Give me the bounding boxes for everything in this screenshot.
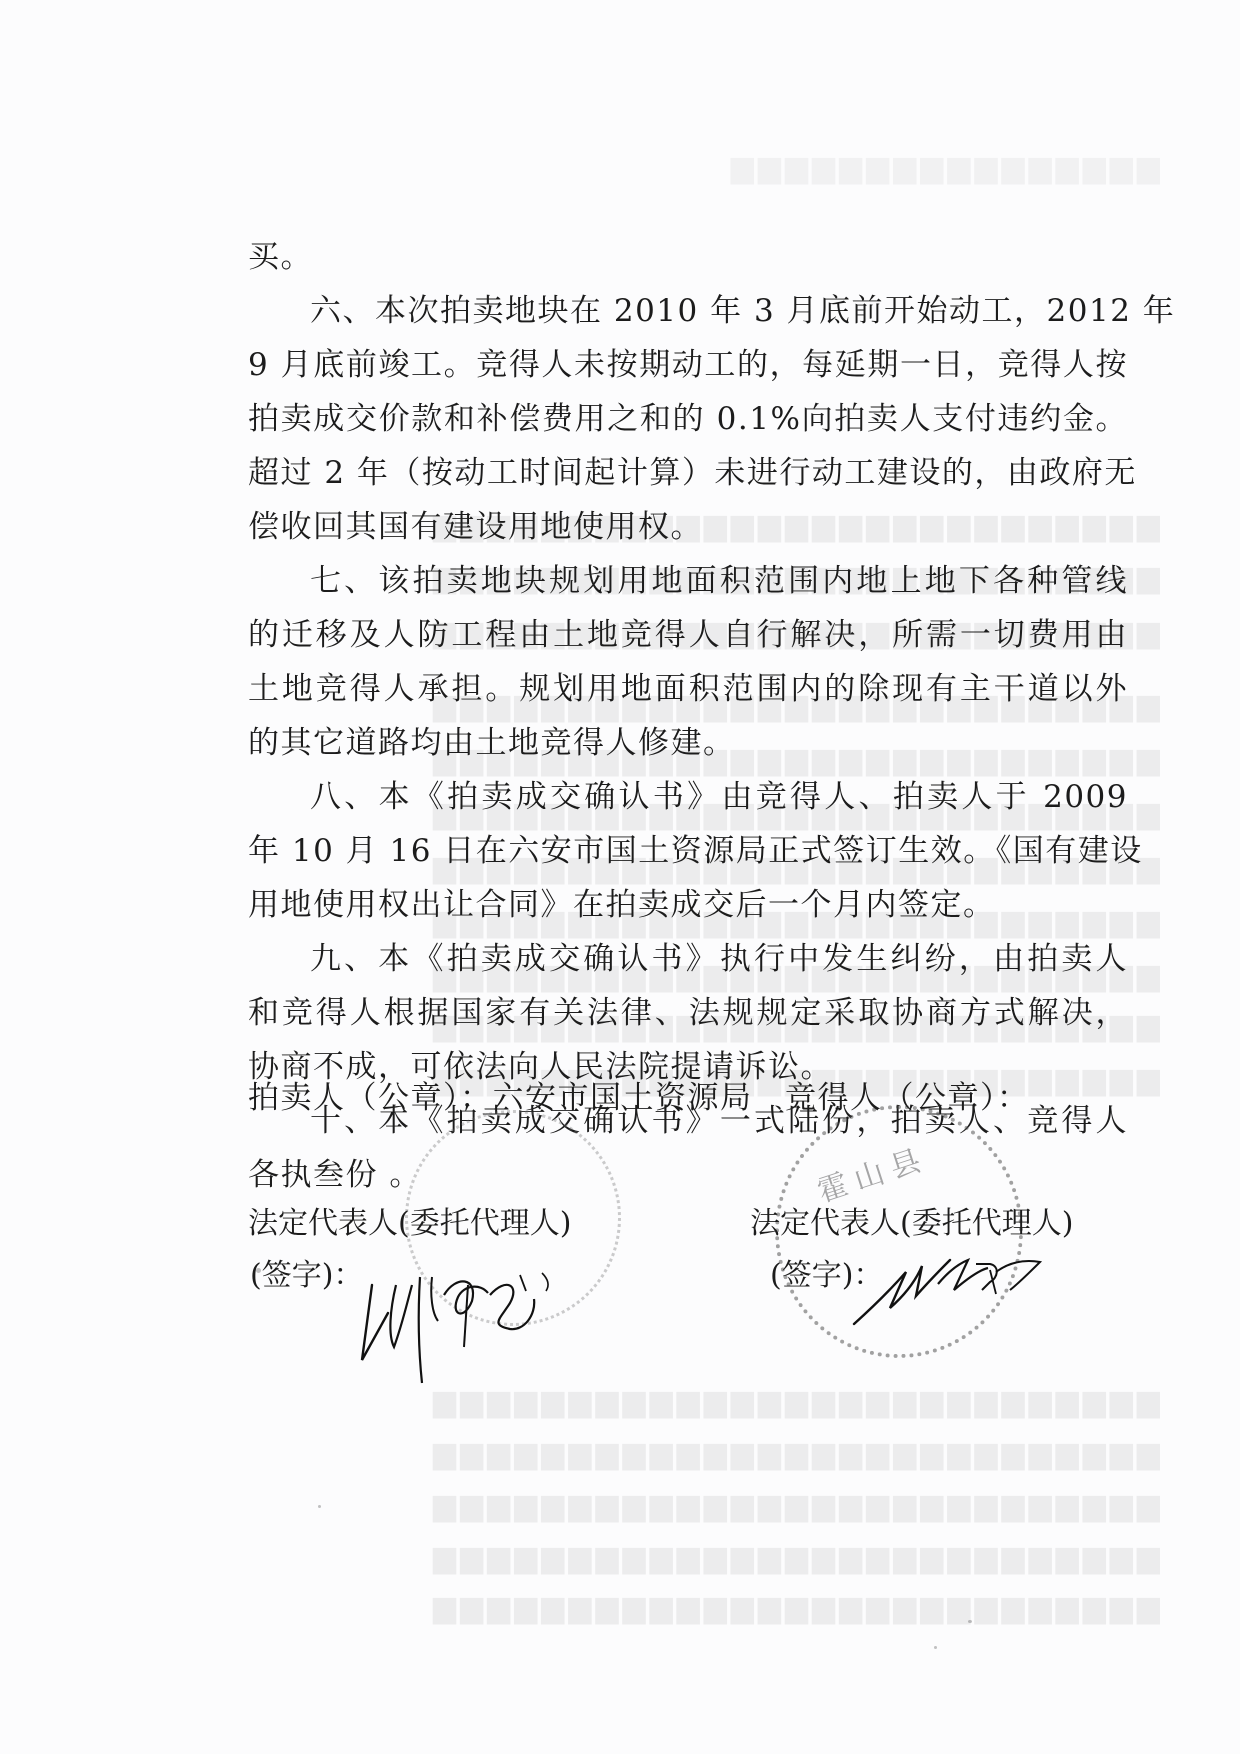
- auctioneer-sign-label: (签字)：: [250, 1250, 363, 1294]
- text-line: 七、该拍卖地块规划用地面积范围内地上地下各种管线: [248, 554, 1128, 608]
- clause-7: 七、该拍卖地块规划用地面积范围内地上地下各种管线 的迁移及人防工程由土地竞得人自…: [248, 554, 1128, 770]
- document-body: 买。 六、本次拍卖地块在 2010 年 3 月底前开始动工，2012 年 9 月…: [248, 230, 1128, 1202]
- text-line: 土地竞得人承担。规划用地面积范围内的除现有主干道以外: [248, 662, 1128, 716]
- text-line: 九、本《拍卖成交确认书》执行中发生纠纷，由拍卖人: [248, 932, 1128, 986]
- auctioneer-handwritten-signature: [360, 1255, 560, 1385]
- clause-9: 九、本《拍卖成交确认书》执行中发生纠纷，由拍卖人 和竞得人根据国家有关法律、法规…: [248, 932, 1128, 1094]
- bleed-through-text: ▆▆▆▆▆▆▆▆▆▆▆▆▆▆▆▆▆▆▆▆▆▆▆▆▆▆▆: [120, 1590, 1160, 1625]
- text-line: 超过 2 年（按动工时间起计算）未进行动工建设的，由政府无: [248, 446, 1128, 500]
- text-line: 年 10 月 16 日在六安市国土资源局正式签订生效。《国有建设: [248, 824, 1128, 878]
- paragraph-continuation: 买。: [248, 230, 1128, 284]
- text-line: 买。: [248, 230, 1128, 284]
- text-line: 拍卖成交价款和补偿费用之和的 0.1%向拍卖人支付违约金。: [248, 392, 1128, 446]
- scan-speck: [318, 1505, 321, 1508]
- text-line: 的迁移及人防工程由土地竞得人自行解决，所需一切费用由: [248, 608, 1128, 662]
- bleed-through-text: ▆▆▆▆▆▆▆▆▆▆▆▆▆▆▆▆▆▆▆▆▆▆▆▆▆▆▆: [120, 1540, 1160, 1575]
- text-line: 的其它道路均由土地竞得人修建。: [248, 716, 1128, 770]
- clause-8: 八、本《拍卖成交确认书》由竞得人、拍卖人于 2009 年 10 月 16 日在六…: [248, 770, 1128, 932]
- auctioneer-representative-label: 法定代表人(委托代理人): [248, 1198, 571, 1242]
- bleed-through-text: ▆▆▆▆▆▆▆▆▆▆▆▆▆▆▆▆▆▆▆▆▆▆▆▆▆▆▆: [120, 1384, 1160, 1419]
- scan-speck: [968, 1620, 972, 1623]
- text-line: 用地使用权出让合同》在拍卖成交后一个月内签定。: [248, 878, 1128, 932]
- bidder-handwritten-signature: [850, 1250, 1050, 1330]
- scan-speck: [256, 1268, 261, 1273]
- bidder-representative-label: 法定代表人(委托代理人): [750, 1198, 1073, 1242]
- clause-6: 六、本次拍卖地块在 2010 年 3 月底前开始动工，2012 年 9 月底前竣…: [248, 284, 1128, 554]
- scan-speck: [934, 1646, 937, 1649]
- document-page: ▆▆▆▆▆▆▆▆▆▆▆▆▆▆▆▆ ▆▆▆▆▆▆▆▆▆▆▆▆▆▆▆▆▆▆▆▆▆▆▆…: [0, 0, 1240, 1754]
- bleed-through-text: ▆▆▆▆▆▆▆▆▆▆▆▆▆▆▆▆▆▆▆▆▆▆▆▆▆▆▆: [120, 1488, 1160, 1523]
- text-line: 八、本《拍卖成交确认书》由竞得人、拍卖人于 2009: [248, 770, 1128, 824]
- text-line: 偿收回其国有建设用地使用权。: [248, 500, 1128, 554]
- text-line: 六、本次拍卖地块在 2010 年 3 月底前开始动工，2012 年: [248, 284, 1128, 338]
- text-line: 和竞得人根据国家有关法律、法规规定采取协商方式解决，: [248, 986, 1128, 1040]
- seal-line: 拍卖人（公章）：六安市国土资源局 竞得人（公章）：: [248, 1072, 1030, 1117]
- bleed-through-text: ▆▆▆▆▆▆▆▆▆▆▆▆▆▆▆▆▆▆▆▆▆▆▆▆▆▆▆: [120, 1436, 1160, 1471]
- text-line: 9 月底前竣工。竞得人未按期动工的，每延期一日，竞得人按: [248, 338, 1128, 392]
- bleed-through-text: ▆▆▆▆▆▆▆▆▆▆▆▆▆▆▆▆: [120, 150, 1160, 185]
